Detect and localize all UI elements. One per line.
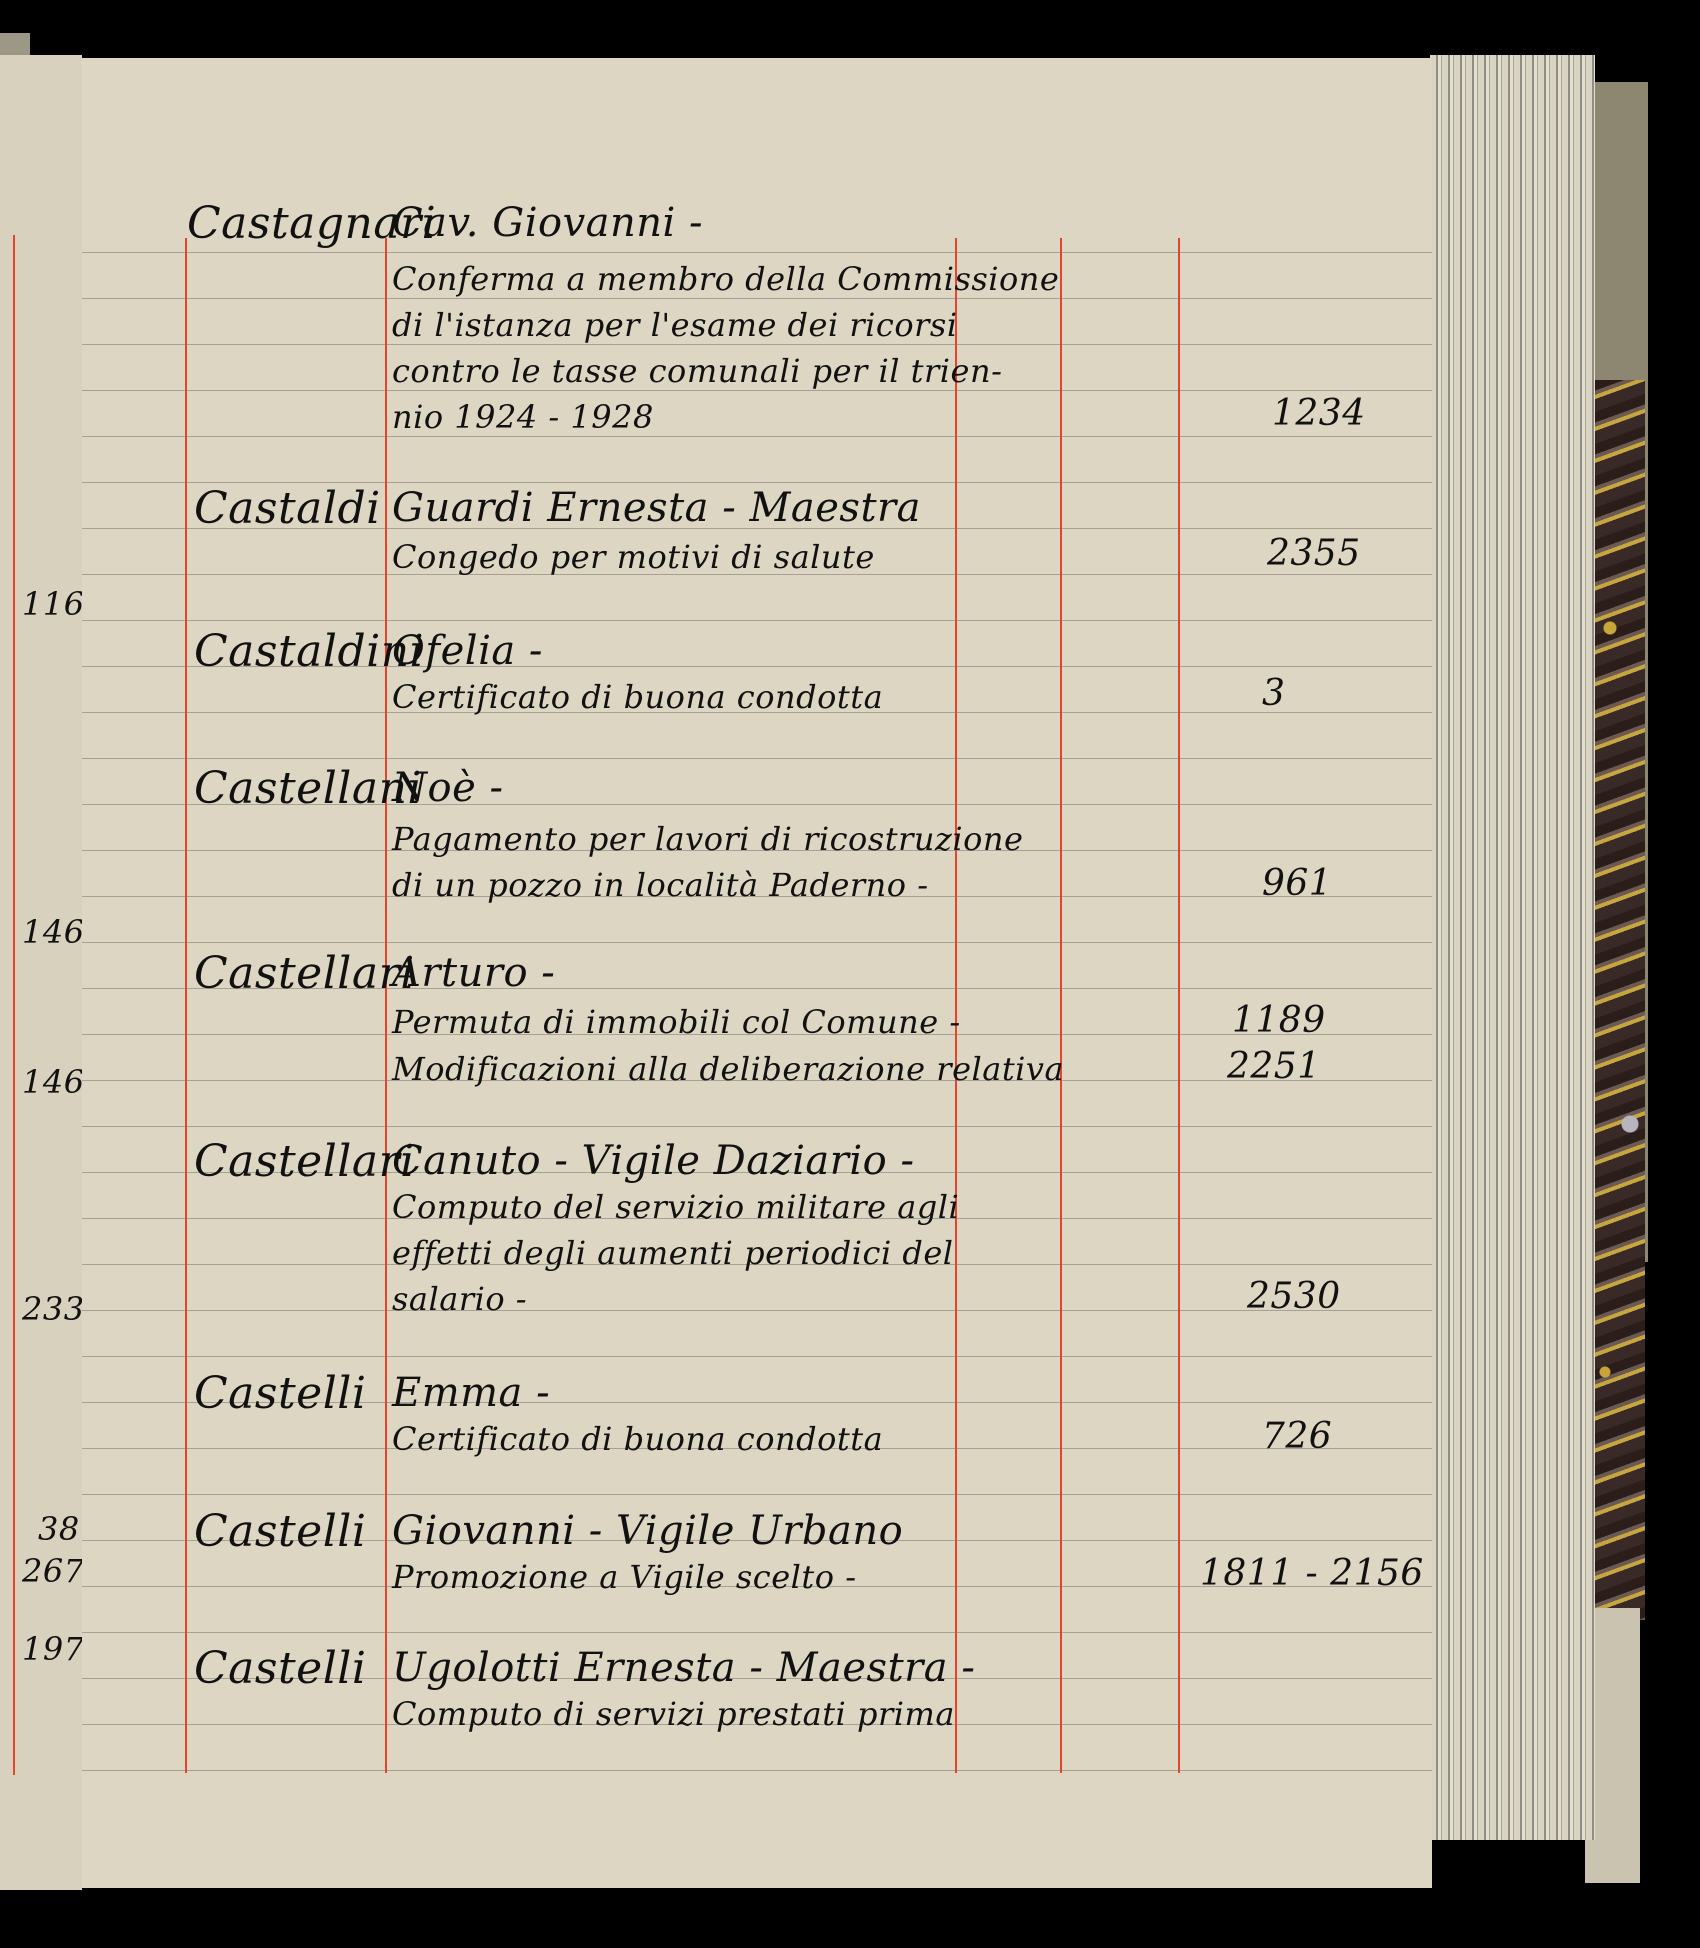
- ruled-line: [82, 758, 1432, 759]
- ruled-line: [82, 1126, 1432, 1127]
- ruled-line: [82, 1632, 1432, 1633]
- entry-name: Canuto - Vigile Daziario -: [392, 1138, 915, 1184]
- entry-name: Ofelia -: [392, 628, 543, 674]
- entry-name: Giovanni - Vigile Urbano: [392, 1508, 903, 1554]
- entry-surname: Castelli: [194, 1506, 366, 1557]
- entry-name: Ugolotti Ernesta - Maestra -: [392, 1645, 975, 1691]
- entry-reference: 2355: [1267, 533, 1361, 574]
- entry-name: Cav. Giovanni -: [392, 200, 703, 246]
- entry-subject-line: effetti degli aumenti periodici del: [392, 1234, 954, 1272]
- entry-surname: Castaldini: [194, 626, 424, 677]
- left-page: 1168 1461 1463 2330 381 2676 1975: [0, 55, 82, 1890]
- ruled-line: [82, 942, 1432, 943]
- column-rule-subject: [385, 238, 387, 1773]
- left-cover-stub: [0, 33, 30, 55]
- entry-name: Arturo -: [392, 950, 555, 996]
- marbled-cover-edge: [1595, 380, 1645, 1620]
- entry-subject-line: Promozione a Vigile scelto -: [392, 1558, 857, 1596]
- entry-reference: 1234: [1272, 393, 1366, 434]
- entry-surname: Castelli: [194, 1368, 366, 1419]
- entry-surname: Castaldi: [194, 483, 381, 534]
- entry-subject-line: contro le tasse comunali per il trien-: [392, 352, 1002, 390]
- ruled-line: [82, 1356, 1432, 1357]
- ruled-line: [82, 344, 1432, 345]
- entry-subject-line: Pagamento per lavori di ricostruzione: [392, 820, 1023, 858]
- ruled-line: [82, 620, 1432, 621]
- ruled-line: [82, 390, 1432, 391]
- left-page-red-rule: [13, 235, 15, 1775]
- column-rule-3: [1178, 238, 1180, 1773]
- entry-surname: Castellani: [194, 763, 422, 814]
- entry-reference: 961: [1262, 863, 1332, 904]
- ruled-line: [82, 252, 1432, 253]
- entry-reference: 1811 - 2156: [1200, 1553, 1424, 1594]
- entry-subject-line: nio 1924 - 1928: [392, 398, 654, 436]
- entry-surname: Castelli: [194, 1643, 366, 1694]
- right-page: Castagnari Cav. Giovanni - Conferma a me…: [82, 58, 1432, 1888]
- ruled-line: [82, 1770, 1432, 1771]
- entry-reference: 2251: [1227, 1046, 1321, 1087]
- entry-subject-line: Computo di servizi prestati prima: [392, 1695, 955, 1733]
- entry-name: Emma -: [392, 1370, 550, 1416]
- entry-subject-line: Permuta di immobili col Comune -: [392, 1003, 961, 1041]
- column-rule-2: [1060, 238, 1062, 1773]
- ruled-line: [82, 1310, 1432, 1311]
- entry-subject-line: salario -: [392, 1280, 527, 1318]
- column-rule-surname: [185, 238, 187, 1773]
- entry-name: Guardi Ernesta - Maestra: [392, 485, 921, 531]
- page-edges-stack: [1430, 55, 1595, 1840]
- ruled-line: [82, 1494, 1432, 1495]
- entry-reference: 1189: [1232, 1000, 1326, 1041]
- entry-subject-line: Computo del servizio militare agli: [392, 1188, 959, 1226]
- entry-subject-line: di l'istanza per l'esame dei ricorsi: [392, 306, 958, 344]
- entry-surname: Castellari: [194, 948, 415, 999]
- entry-subject-line: di un pozzo in località Paderno -: [392, 866, 929, 904]
- entry-name: Noè -: [392, 765, 503, 811]
- entry-reference: 2530: [1247, 1276, 1341, 1317]
- entry-subject-line: Modificazioni alla deliberazione relativ…: [392, 1050, 1064, 1088]
- entry-subject-line: Congedo per motivi di salute: [392, 538, 875, 576]
- entry-reference: 726: [1262, 1416, 1332, 1457]
- ruled-line: [82, 298, 1432, 299]
- ruled-line: [82, 436, 1432, 437]
- entry-reference: 3: [1262, 673, 1285, 714]
- entry-surname: Castellari: [194, 1136, 415, 1187]
- entry-subject-line: Certificato di buona condotta: [392, 1420, 883, 1458]
- entry-subject-line: Conferma a membro della Commissione: [392, 260, 1059, 298]
- entry-subject-line: Certificato di buona condotta: [392, 678, 883, 716]
